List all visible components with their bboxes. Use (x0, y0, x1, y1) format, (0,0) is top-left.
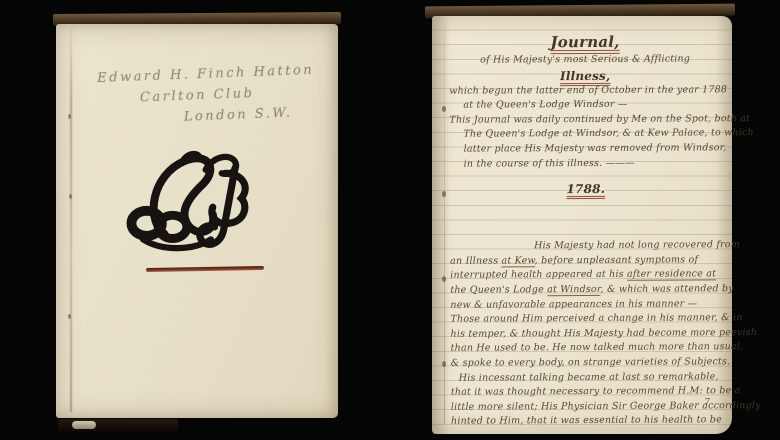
journal-manuscript-text: Journal,of His Majesty's most Serious & … (447, 31, 725, 429)
photo-background: Edward H. Finch HattonCarlton ClubLondon… (0, 0, 780, 440)
journal-line: little more silent; His Physician Sir Ge… (449, 399, 725, 415)
journal-line: Journal, (447, 31, 723, 53)
stitch-dot (442, 361, 446, 367)
journal-line: than He used to be. He now talked much m… (449, 341, 725, 357)
journal-line: The Queen's Lodge at Windsor, & at Kew P… (447, 127, 723, 143)
journal-line: interrupted health appeared at his after… (448, 268, 724, 284)
monogram-icon (118, 134, 270, 268)
inscription-line: London S.W. (183, 102, 316, 128)
stitch-dot (442, 191, 446, 197)
monogram-red-underline (146, 266, 264, 272)
left-page-paper: Edward H. Finch HattonCarlton ClubLondon… (56, 24, 338, 418)
page-fold-crease (70, 28, 72, 412)
stitch-dot (442, 276, 446, 282)
page-number: 7 (704, 398, 710, 408)
journal-line: that it was thought necessary to recomme… (449, 384, 725, 400)
paper-speck (68, 114, 71, 119)
journal-line: His incessant talking became at last so … (449, 370, 725, 386)
paper-speck (68, 314, 71, 319)
binding-clasp (72, 421, 96, 429)
stitch-dot (442, 106, 446, 112)
journal-line: of His Majesty's most Serious & Afflicti… (447, 52, 723, 68)
right-page: Journal,of His Majesty's most Serious & … (428, 5, 732, 437)
journal-line: 1788. (448, 180, 724, 197)
journal-line: in the course of this illness. ——— (448, 156, 724, 172)
journal-line: which begun the latter end of October in… (447, 83, 723, 99)
journal-line: Those around Him perceived a change in h… (448, 311, 724, 327)
left-page: Edward H. Finch HattonCarlton ClubLondon… (56, 13, 338, 433)
journal-line: at the Queen's Lodge Windsor — (447, 97, 723, 113)
journal-line: & spoke to every body, on strange variet… (449, 355, 725, 371)
journal-line: This Journal was daily continued by Me o… (447, 112, 723, 128)
paper-speck (69, 194, 72, 199)
journal-line: his temper, & thought His Majesty had be… (449, 326, 725, 342)
journal-line: an Illness at Kew, before unpleasant sym… (448, 253, 724, 269)
journal-line: hinted to Him, that it was essential to … (449, 414, 725, 430)
journal-line: the Queen's Lodge at Windsor, & which wa… (448, 282, 724, 298)
journal-line: new & unfavorable appearances in his man… (448, 297, 724, 313)
right-page-paper: Journal,of His Majesty's most Serious & … (432, 16, 732, 434)
owner-inscription: Edward H. Finch HattonCarlton ClubLondon… (85, 60, 316, 132)
journal-line: Illness, (447, 67, 723, 84)
journal-line: latter place His Majesty was removed fro… (448, 141, 724, 157)
journal-line: His Majesty had not long recovered from (448, 238, 724, 254)
